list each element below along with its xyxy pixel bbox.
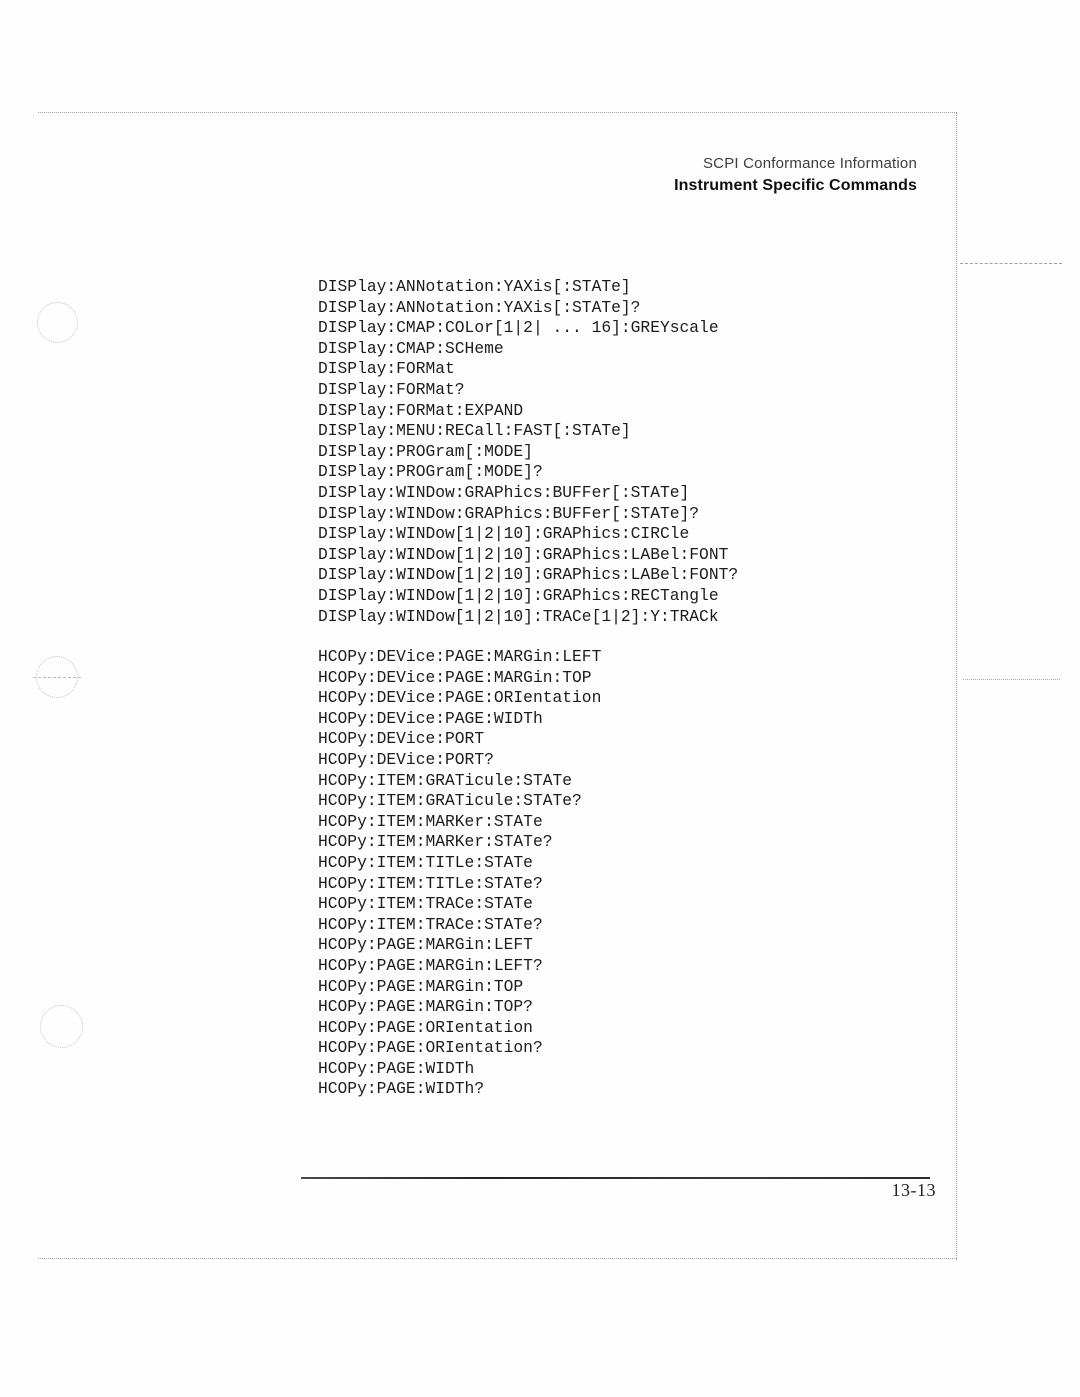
command-line: HCOPy:PAGE:ORIentation [318,1018,601,1039]
command-line: HCOPy:PAGE:MARGin:LEFT [318,935,601,956]
command-line: DISPlay:ANNotation:YAXis[:STATe]? [318,298,738,319]
command-line: HCOPy:DEVice:PAGE:MARGin:LEFT [318,647,601,668]
command-line: DISPlay:WINDow:GRAPhics:BUFFer[:STATe]? [318,504,738,525]
command-line: HCOPy:DEVice:PAGE:ORIentation [318,688,601,709]
command-line: HCOPy:ITEM:MARKer:STATe [318,812,601,833]
header-chapter-title: SCPI Conformance Information [674,155,917,173]
command-line: DISPlay:MENU:RECall:FAST[:STATe] [318,421,738,442]
command-line: DISPlay:WINDow[1|2|10]:GRAPhics:CIRCle [318,524,738,545]
command-line: HCOPy:DEVice:PAGE:MARGin:TOP [318,668,601,689]
command-line: HCOPy:ITEM:GRATicule:STATe? [318,791,601,812]
command-line: HCOPy:ITEM:TITLe:STATe [318,853,601,874]
running-header: SCPI Conformance Information Instrument … [674,155,917,195]
margin-dash-upper [960,263,1062,264]
binder-hole-bottom [40,1005,83,1048]
command-line: DISPlay:WINDow[1|2|10]:GRAPhics:LABel:FO… [318,565,738,586]
scanned-manual-page: SCPI Conformance Information Instrument … [0,0,1080,1397]
command-line: HCOPy:PAGE:WIDTh? [318,1079,601,1100]
command-line: DISPlay:WINDow[1|2|10]:GRAPhics:LABel:FO… [318,545,738,566]
binder-hole-top [37,302,78,343]
binder-hole-dash [33,677,81,678]
header-section-title: Instrument Specific Commands [674,176,917,195]
command-line: DISPlay:CMAP:SCHeme [318,339,738,360]
command-line: DISPlay:CMAP:COLor[1|2| ... 16]:GREYscal… [318,318,738,339]
command-line: DISPlay:WINDow[1|2|10]:GRAPhics:RECTangl… [318,586,738,607]
footer-rule [301,1177,930,1179]
display-command-list: DISPlay:ANNotation:YAXis[:STATe]DISPlay:… [318,277,738,627]
command-line: HCOPy:DEVice:PAGE:WIDTh [318,709,601,730]
command-line: HCOPy:PAGE:MARGin:LEFT? [318,956,601,977]
command-line: DISPlay:ANNotation:YAXis[:STATe] [318,277,738,298]
command-line: HCOPy:DEVice:PORT [318,729,601,750]
command-line: HCOPy:ITEM:GRATicule:STATe [318,771,601,792]
command-line: DISPlay:WINDow:GRAPhics:BUFFer[:STATe] [318,483,738,504]
command-line: HCOPy:DEVice:PORT? [318,750,601,771]
command-line: DISPlay:FORMat [318,359,738,380]
command-line: HCOPy:ITEM:TRACe:STATe [318,894,601,915]
command-line: HCOPy:ITEM:TRACe:STATe? [318,915,601,936]
command-line: HCOPy:PAGE:WIDTh [318,1059,601,1080]
command-line: HCOPy:ITEM:TITLe:STATe? [318,874,601,895]
page-number: 13-13 [884,1180,936,1201]
scan-border-top [38,112,957,113]
command-line: HCOPy:PAGE:ORIentation? [318,1038,601,1059]
command-line: DISPlay:FORMat:EXPAND [318,401,738,422]
scan-border-bottom [38,1258,957,1259]
command-line: DISPlay:WINDow[1|2|10]:TRACe[1|2]:Y:TRAC… [318,607,738,628]
command-line: DISPlay:PROGram[:MODE] [318,442,738,463]
scan-border-right [956,113,957,1260]
command-line: DISPlay:FORMat? [318,380,738,401]
command-line: HCOPy:ITEM:MARKer:STATe? [318,832,601,853]
margin-dash-middle [963,679,1060,680]
binder-hole-middle [36,656,78,698]
hcopy-command-list: HCOPy:DEVice:PAGE:MARGin:LEFTHCOPy:DEVic… [318,647,601,1100]
command-line: DISPlay:PROGram[:MODE]? [318,462,738,483]
command-line: HCOPy:PAGE:MARGin:TOP [318,977,601,998]
command-line: HCOPy:PAGE:MARGin:TOP? [318,997,601,1018]
